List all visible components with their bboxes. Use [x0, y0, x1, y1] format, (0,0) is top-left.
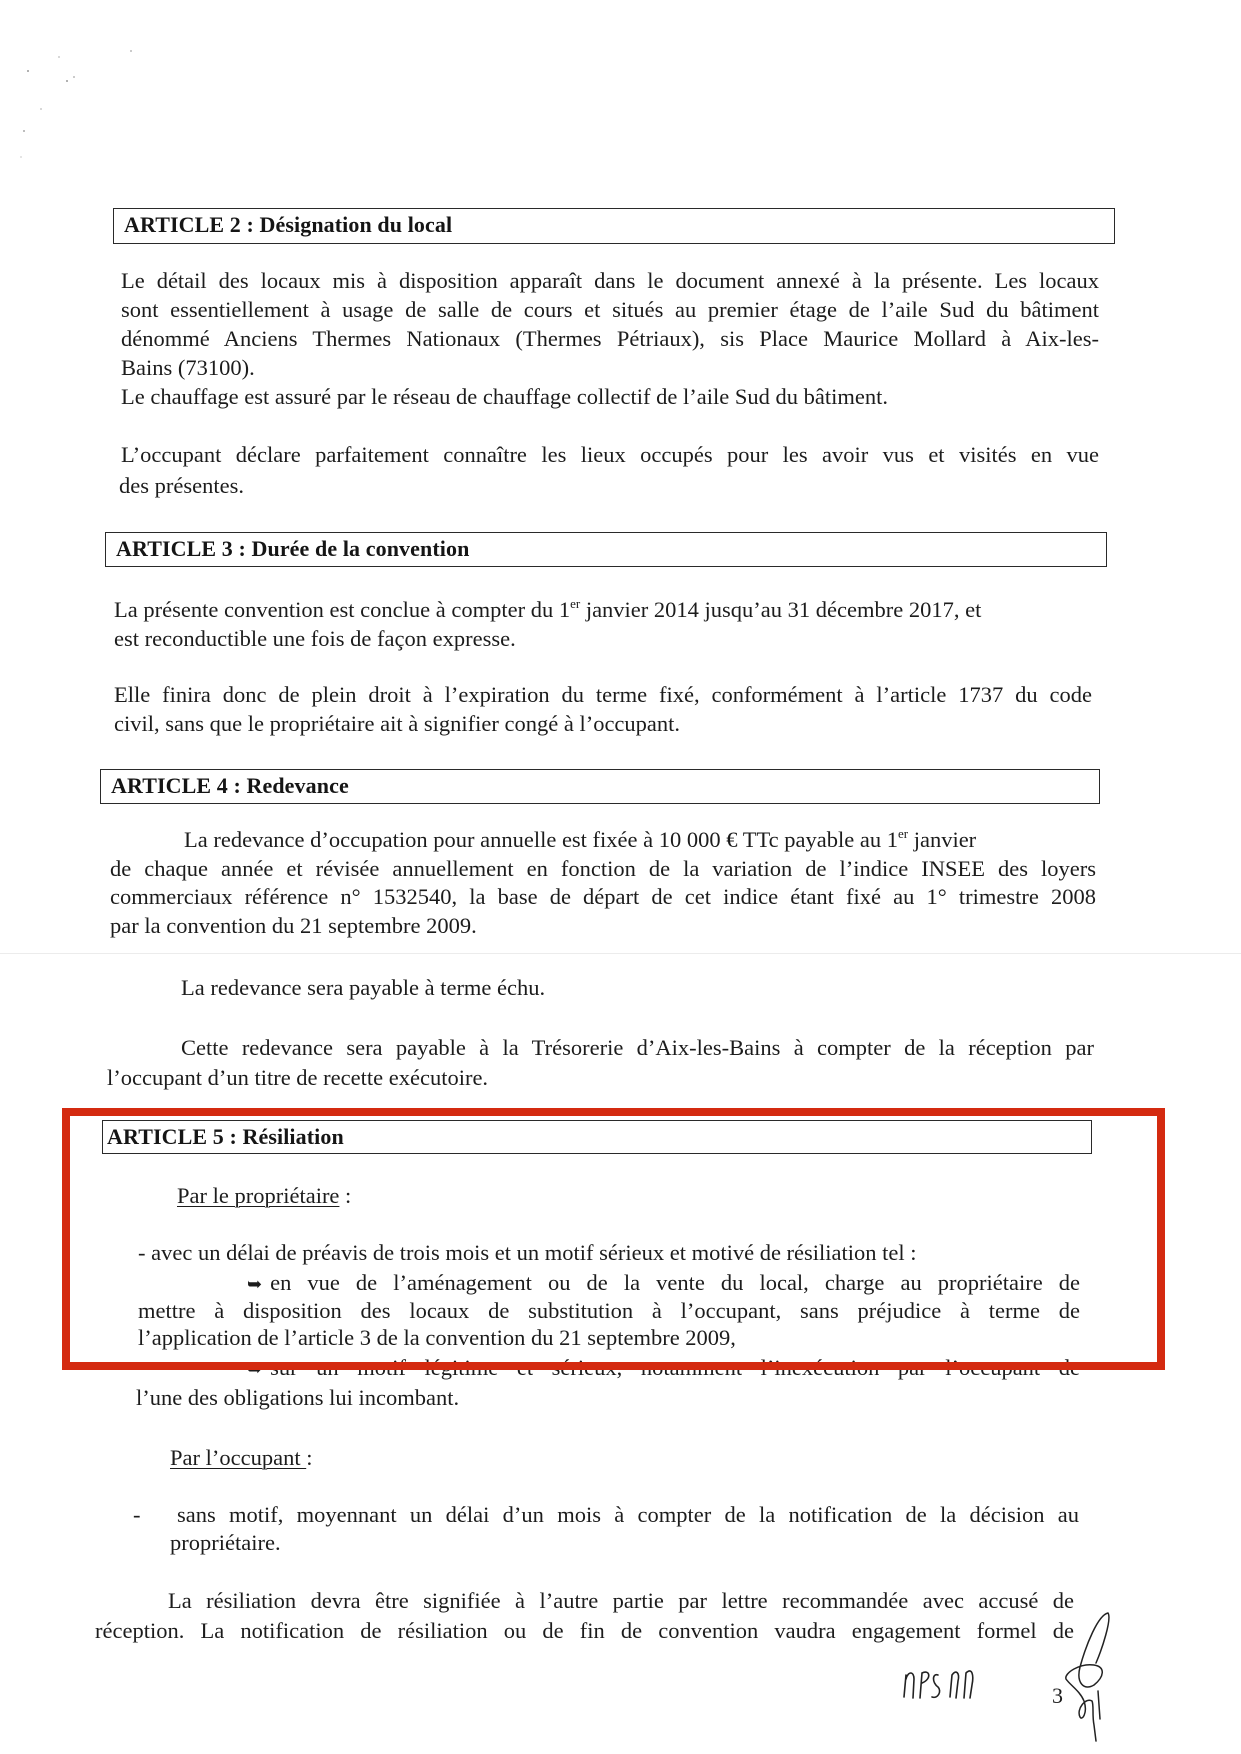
owner-reason-1-line: mettre à disposition des locaux de subst… — [138, 1298, 1080, 1324]
occupant-label: Par l’occupant — [170, 1445, 306, 1470]
scan-speck — [66, 80, 68, 82]
article-4-heading-box: ARTICLE 4 : Redevance — [100, 769, 1100, 804]
occupant-label-colon: : — [306, 1445, 312, 1470]
signature-scribble — [1058, 1605, 1118, 1745]
article-4-text-line: l’occupant d’un titre de recette exécuto… — [107, 1065, 488, 1091]
article-3-heading-box: ARTICLE 3 : Durée de la convention — [105, 532, 1107, 567]
owner-termination-intro: - avec un délai de préavis de trois mois… — [138, 1240, 917, 1266]
article-4-text-line: La redevance d’occupation pour annuelle … — [184, 827, 1096, 853]
closing-text-line: La résiliation devra être signifiée à l’… — [168, 1588, 1074, 1614]
owner-reason-1-line: ➥en vue de l’aménagement ou de la vente … — [247, 1270, 1080, 1298]
scan-artifact-line — [0, 953, 1241, 954]
ordinal-superscript: er — [898, 826, 908, 841]
handwritten-initials: nPsn — [900, 1665, 980, 1705]
owner-reason-1-line: l’application de l’article 3 de la conve… — [138, 1325, 736, 1351]
hooked-arrow-bullet-icon: ➥ — [247, 1357, 262, 1383]
article-4-text-line: par la convention du 21 septembre 2009. — [110, 913, 477, 939]
article-3-text-line: La présente convention est conclue à com… — [114, 597, 1092, 623]
article-4-text-line: commerciaux référence n° 1532540, la bas… — [110, 884, 1096, 910]
article-3-text-line: Elle finira donc de plein droit à l’expi… — [114, 682, 1092, 708]
article-3-text-line: civil, sans que le propriétaire ait à si… — [114, 711, 680, 737]
owner-termination-label: Par le propriétaire : — [177, 1183, 351, 1209]
article-2-text-line: des présentes. — [119, 473, 244, 499]
owner-reason-2-text: sur un motif légitime et sérieux, notamm… — [270, 1355, 1080, 1380]
scan-speck — [73, 76, 75, 78]
hooked-arrow-bullet-icon: ➥ — [247, 1272, 262, 1298]
owner-reason-2-line: ➥sur un motif légitime et sérieux, notam… — [247, 1355, 1080, 1383]
article-3-text-line: est reconductible une fois de façon expr… — [114, 626, 516, 652]
article-2-text-line: L’occupant déclare parfaitement connaîtr… — [121, 442, 1099, 468]
article-5-heading-box: ARTICLE 5 : Résiliation — [102, 1120, 1092, 1154]
scan-speck — [130, 50, 132, 52]
scan-speck — [23, 130, 25, 132]
article-2-text-line: Le chauffage est assuré par le réseau de… — [121, 384, 888, 410]
article-4-text-line: Cette redevance sera payable à la Trésor… — [181, 1035, 1094, 1061]
owner-label-colon: : — [339, 1183, 351, 1208]
article-2-heading: ARTICLE 2 : Désignation du local — [124, 212, 452, 238]
occupant-termination-label: Par l’occupant : — [170, 1445, 312, 1471]
owner-reason-1-text: en vue de l’aménagement ou de la vente d… — [270, 1270, 1080, 1295]
owner-reason-2-line: l’une des obligations lui incombant. — [136, 1385, 459, 1411]
article-4-line-1-end: janvier — [908, 827, 976, 852]
article-2-text-line: Bains (73100). — [121, 355, 255, 381]
article-2-text-line: dénommé Anciens Thermes Nationaux (Therm… — [121, 326, 1099, 352]
occupant-termination-line: sans motif, moyennant un délai d’un mois… — [177, 1502, 1079, 1528]
article-4-text-line: de chaque année et révisée annuellement … — [110, 856, 1096, 882]
scan-speck — [40, 108, 42, 110]
owner-label: Par le propriétaire — [177, 1183, 339, 1208]
scan-speck — [27, 70, 29, 72]
article-2-heading-box: ARTICLE 2 : Désignation du local — [113, 208, 1115, 244]
document-page: ARTICLE 2 : Désignation du local Le déta… — [0, 0, 1241, 1754]
article-5-heading: ARTICLE 5 : Résiliation — [107, 1124, 344, 1150]
scan-speck — [58, 56, 60, 58]
occupant-termination-line: propriétaire. — [170, 1530, 281, 1556]
article-4-heading: ARTICLE 4 : Redevance — [111, 773, 349, 799]
article-3-line-1-end: janvier 2014 jusqu’au 31 décembre 2017, … — [580, 597, 981, 622]
article-2-text-line: sont essentiellement à usage de salle de… — [121, 297, 1099, 323]
article-3-heading: ARTICLE 3 : Durée de la convention — [116, 536, 469, 562]
occupant-bullet-dash: - — [133, 1502, 141, 1528]
article-3-line-1-start: La présente convention est conclue à com… — [114, 597, 570, 622]
article-4-text-line: La redevance sera payable à terme échu. — [181, 975, 545, 1001]
article-4-line-1-start: La redevance d’occupation pour annuelle … — [184, 827, 898, 852]
article-2-text-line: Le détail des locaux mis à disposition a… — [121, 268, 1099, 294]
closing-text-line: réception. La notification de résiliatio… — [95, 1618, 1074, 1644]
ordinal-superscript: er — [570, 596, 580, 611]
scan-speck — [20, 156, 22, 158]
